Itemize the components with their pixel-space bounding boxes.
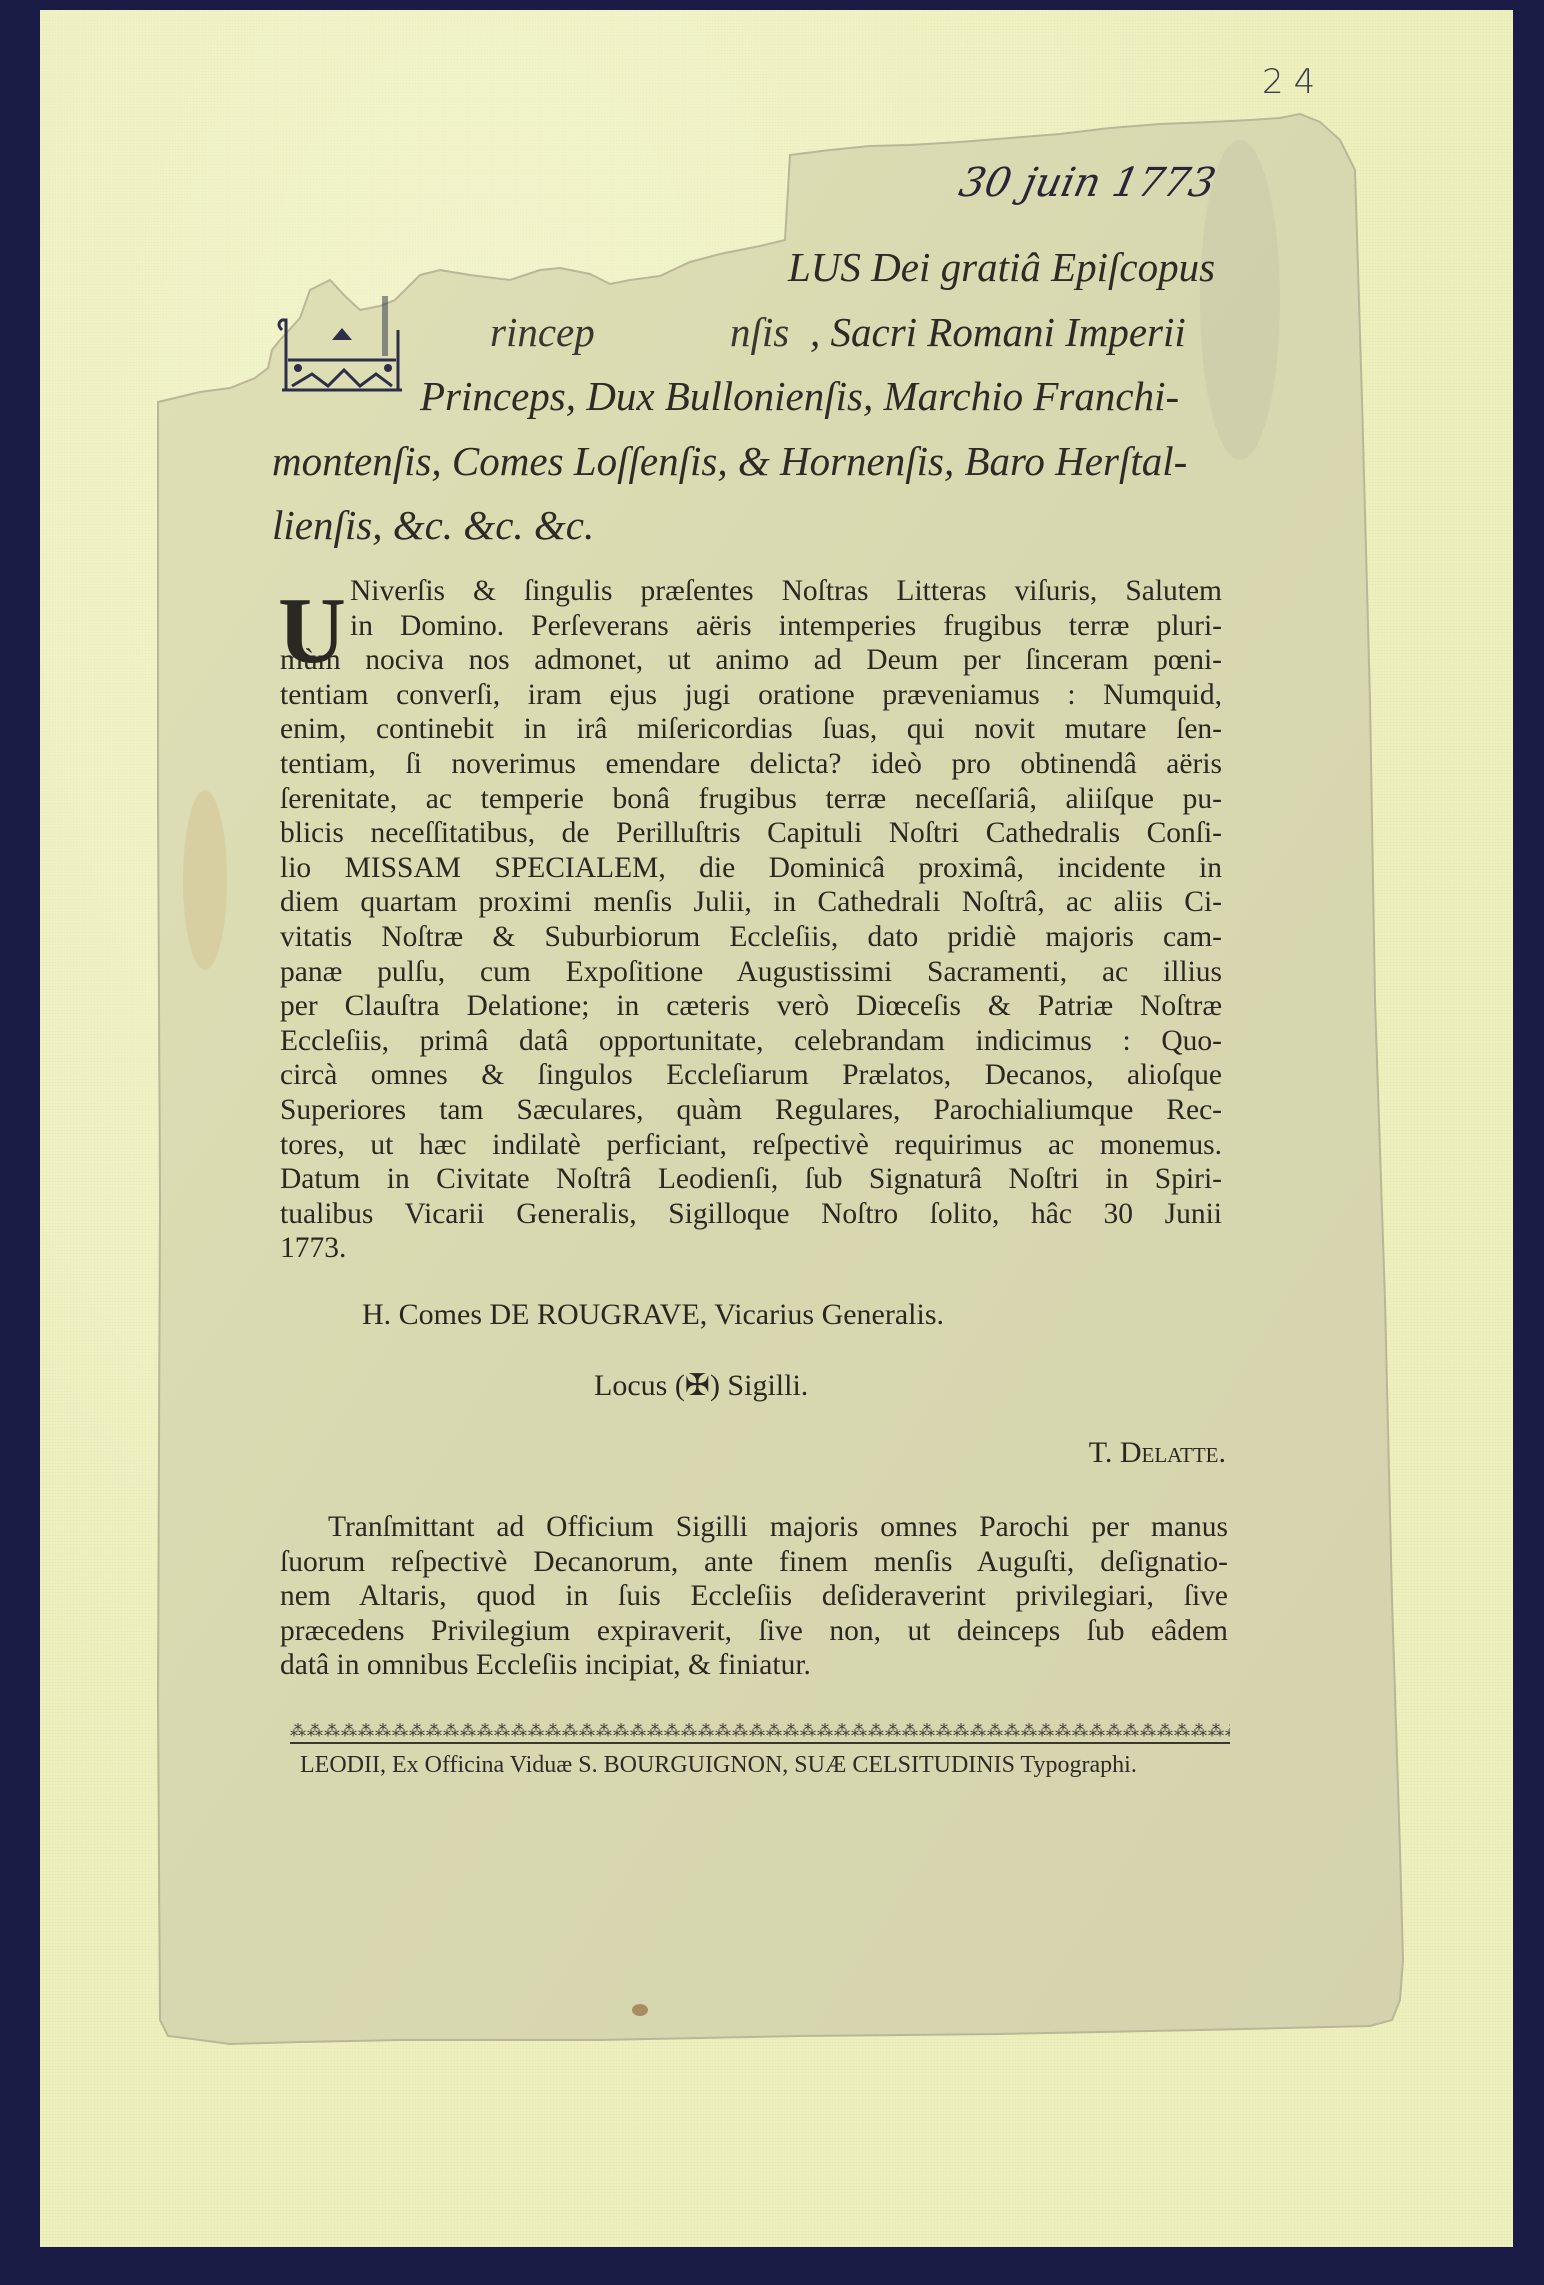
header-title-text: LUS Dei gratiâ Epiſcopus: [788, 244, 1215, 290]
postscript-line: datâ in omnibus Eccleſiis incipiat, & fi…: [280, 1648, 1228, 1683]
postscript-line: nem Altaris, quod in ſuis Eccleſiis deſi…: [280, 1579, 1228, 1614]
body-line: tentiam converſi, iram ejus jugi oration…: [280, 678, 1222, 713]
header-fragment-a: rincep: [490, 312, 595, 353]
body-line: lio MISSAM SPECIALEM, die Dominicâ proxi…: [280, 851, 1222, 886]
body-line: Superiores tam Sæculares, quàm Regulares…: [280, 1093, 1222, 1128]
body-line: tualibus Vicarii Generalis, Sigilloque N…: [280, 1197, 1222, 1232]
ornamental-vignette-icon: [272, 290, 414, 398]
proclamation-body: Niverſis & ſingulis præſentes Noſtras Li…: [280, 574, 1222, 1266]
body-line: ſerenitate, ac temperie bonâ frugibus te…: [280, 782, 1222, 817]
vicar-general-signature: H. Comes DE ROUGRAVE, Vicarius Generalis…: [362, 1298, 944, 1332]
body-line: per Clauſtra Delatione; in cæteris verò …: [280, 989, 1222, 1024]
header-line-3: Princeps, Dux Bullonienſis, Marchio Fran…: [420, 376, 1179, 417]
decorative-border-rule: ⁂⁂⁂⁂⁂⁂⁂⁂⁂⁂⁂⁂⁂⁂⁂⁂⁂⁂⁂⁂⁂⁂⁂⁂⁂⁂⁂⁂⁂⁂⁂⁂⁂⁂⁂⁂⁂⁂⁂⁂…: [290, 1722, 1230, 1744]
body-line: Eccleſiis, primâ datâ opportunitate, cel…: [280, 1024, 1222, 1059]
printer-imprint: LEODII, Ex Officina Viduæ S. BOURGUIGNON…: [300, 1752, 1137, 1779]
body-line: vitatis Noſtræ & Suburbiorum Eccleſiis, …: [280, 920, 1222, 955]
body-line: in Domino. Perſeverans aëris intemperies…: [280, 609, 1222, 644]
body-line: blicis neceſſitatibus, de Perilluſtris C…: [280, 816, 1222, 851]
body-line: enim, continebit in irâ miſericordias ſu…: [280, 712, 1222, 747]
body-line-date: 1773.: [280, 1231, 1222, 1266]
body-line: tentiam, ſi noverimus emendare delicta? …: [280, 747, 1222, 782]
seal-location: Locus (✠) Sigilli.: [594, 1368, 808, 1403]
body-line: circà omnes & ſingulos Eccleſiarum Præla…: [280, 1058, 1222, 1093]
postscript-line: præcedens Privilegium expiraverit, ſive …: [280, 1614, 1228, 1649]
body-line: diem quartam proximi menſis Julii, in Ca…: [280, 885, 1222, 920]
postscript-line: ſuorum reſpectivè Decanorum, ante finem …: [280, 1545, 1228, 1580]
body-line: panæ pulſu, cum Expoſitione Augustissimi…: [280, 955, 1222, 990]
header-line-1: LUS Dei gratiâ Epiſcopus: [788, 247, 1215, 288]
body-line: tores, ut hæc indilatè perficiant, reſpe…: [280, 1128, 1222, 1163]
header-line-5: lienſis, &c. &c. &c.: [272, 505, 594, 546]
body-line: Datum in Civitate Noſtrâ Leodienſi, ſub …: [280, 1162, 1222, 1197]
page-number: 24: [1262, 62, 1325, 102]
postscript-block: Tranſmittant ad Officium Sigilli majoris…: [280, 1510, 1228, 1683]
handwritten-date: 30 juin 1773: [955, 160, 1220, 206]
body-line: mùm nociva nos admonet, ut animo ad Deum…: [280, 643, 1222, 678]
secretary-signature: T. Delatte.: [1089, 1436, 1226, 1470]
header-fragment-b: nſis: [730, 312, 789, 353]
header-line-4: montenſis, Comes Loſſenſis, & Hornenſis,…: [272, 441, 1187, 482]
header-line-2: , Sacri Romani Imperii: [810, 312, 1186, 353]
postscript-line: Tranſmittant ad Officium Sigilli majoris…: [280, 1510, 1228, 1545]
body-line: Niverſis & ſingulis præſentes Noſtras Li…: [280, 574, 1222, 609]
